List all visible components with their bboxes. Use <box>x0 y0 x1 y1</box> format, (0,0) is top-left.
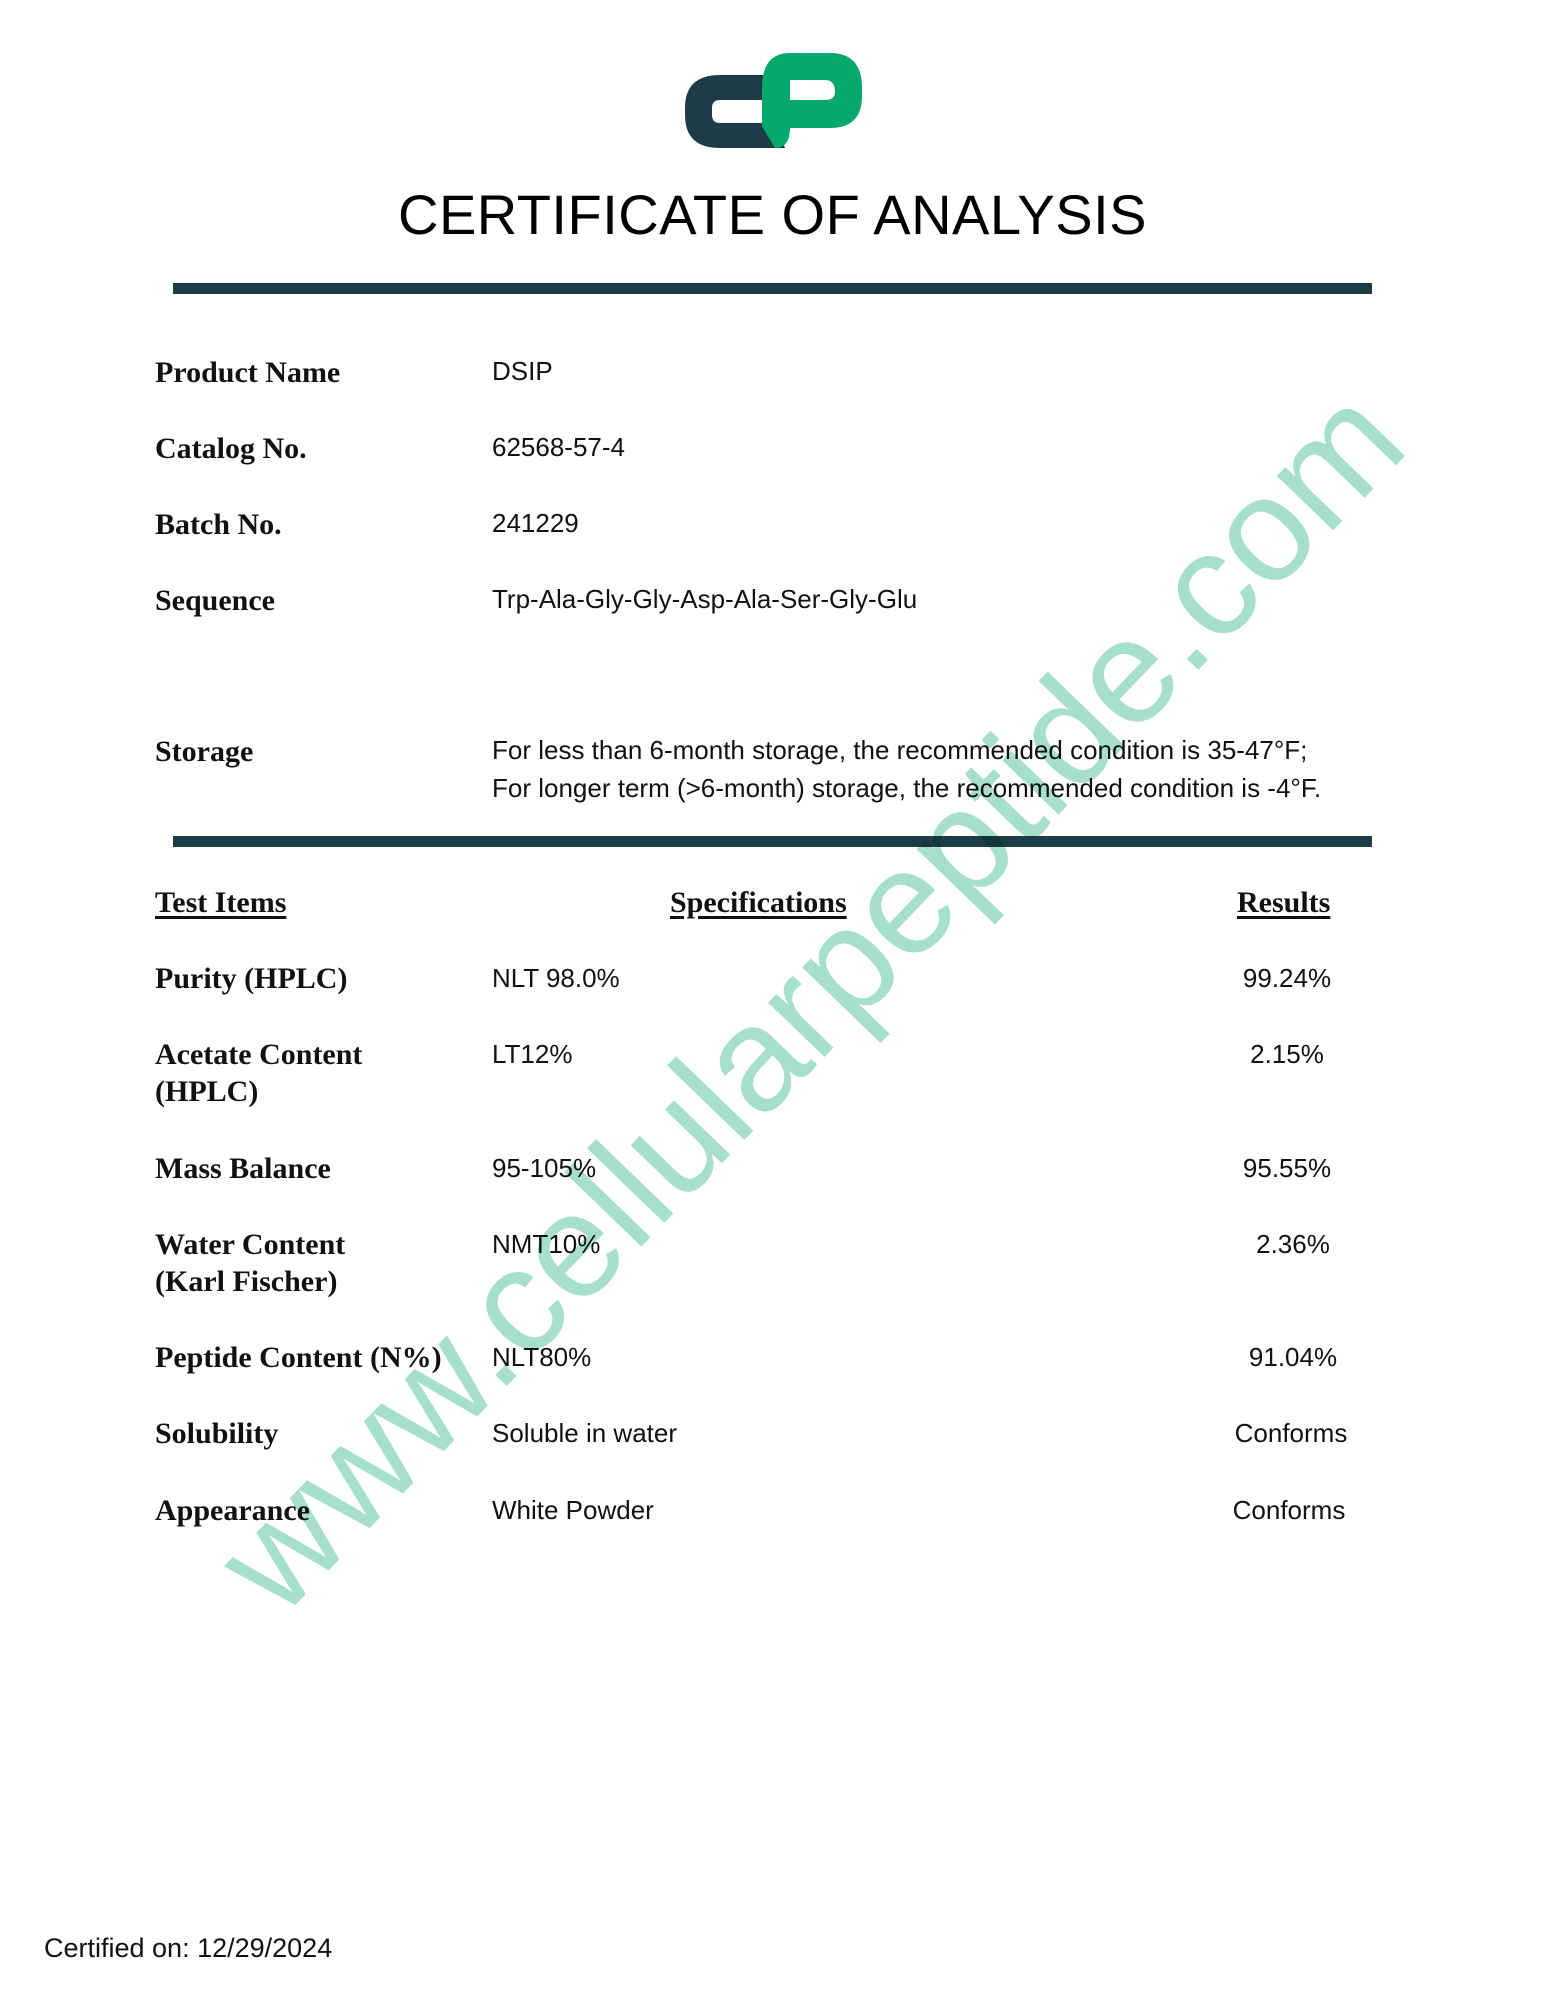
specification: LT12% <box>492 1035 572 1073</box>
result: Conforms <box>1216 1414 1366 1452</box>
section-divider <box>173 836 1372 847</box>
specification: Soluble in water <box>492 1414 677 1452</box>
page-title: CERTIFICATE OF ANALYSIS <box>0 180 1545 250</box>
sequence-label: Sequence <box>155 582 275 619</box>
result: 95.55% <box>1212 1149 1362 1187</box>
header-test-items: Test Items <box>155 884 286 921</box>
test-item: Appearance <box>155 1492 310 1529</box>
specification: NLT80% <box>492 1338 591 1376</box>
test-item: Mass Balance <box>155 1150 331 1187</box>
result: 91.04% <box>1218 1338 1368 1376</box>
catalog-no-value: 62568-57-4 <box>492 428 625 466</box>
specification: 95-105% <box>492 1149 596 1187</box>
product-name-value: DSIP <box>492 352 553 390</box>
header-specifications: Specifications <box>670 884 847 921</box>
storage-line-1: For less than 6-month storage, the recom… <box>492 731 1307 769</box>
cp-logo-icon <box>680 48 870 158</box>
test-item-line-2: (Karl Fischer) <box>155 1263 337 1300</box>
test-item: Water Content <box>155 1226 345 1263</box>
certificate-page: CERTIFICATE OF ANALYSIS Product Name DSI… <box>0 0 1545 2000</box>
storage-label: Storage <box>155 733 253 770</box>
result: 2.15% <box>1212 1035 1362 1073</box>
test-item: Purity (HPLC) <box>155 960 347 997</box>
test-item: Acetate Content <box>155 1036 362 1073</box>
certified-date: Certified on: 12/29/2024 <box>44 1930 332 1966</box>
batch-no-label: Batch No. <box>155 506 282 543</box>
result: Conforms <box>1214 1491 1364 1529</box>
specification: NMT10% <box>492 1225 600 1263</box>
product-name-label: Product Name <box>155 354 340 391</box>
catalog-no-label: Catalog No. <box>155 430 307 467</box>
test-item: Solubility <box>155 1415 278 1452</box>
test-item-line-2: (HPLC) <box>155 1073 258 1110</box>
header-results: Results <box>1237 884 1330 921</box>
test-item: Peptide Content (N%) <box>155 1339 442 1376</box>
sequence-value: Trp-Ala-Gly-Gly-Asp-Ala-Ser-Gly-Glu <box>492 580 917 618</box>
header-divider <box>173 283 1372 294</box>
specification: NLT 98.0% <box>492 959 620 997</box>
storage-line-2: For longer term (>6-month) storage, the … <box>492 769 1321 807</box>
result: 2.36% <box>1218 1225 1368 1263</box>
specification: White Powder <box>492 1491 654 1529</box>
batch-no-value: 241229 <box>492 504 579 542</box>
result: 99.24% <box>1212 959 1362 997</box>
